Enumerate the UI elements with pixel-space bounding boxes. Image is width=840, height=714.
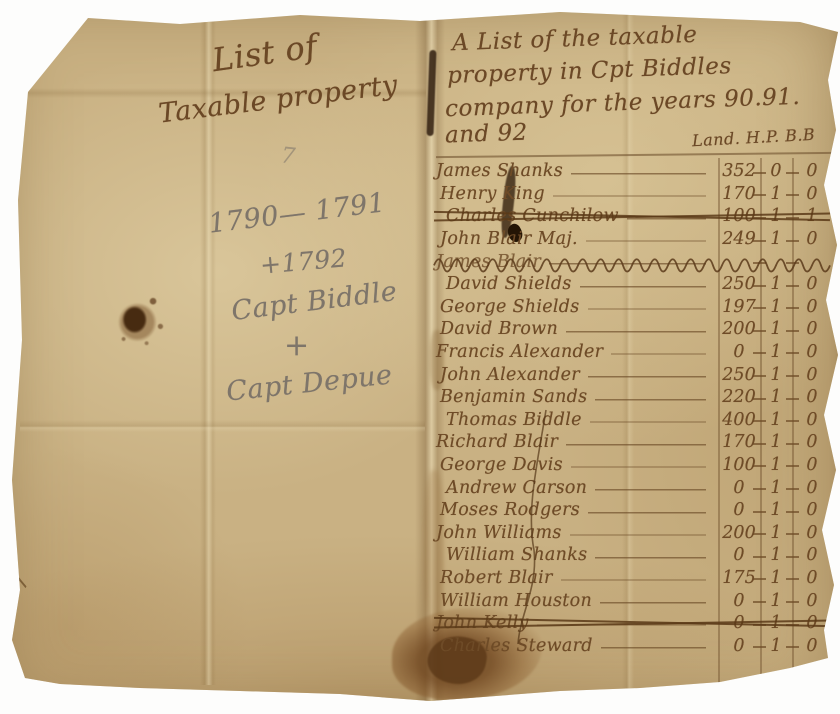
third-value: 0 (796, 363, 828, 386)
taxpayer-name: Moses Rodgers (440, 500, 580, 520)
taxpayer-name: William Houston (440, 591, 592, 611)
third-value: 0 (796, 183, 828, 206)
taxpayer-name: Charles Steward (440, 636, 593, 656)
list-heading-line1: A List of the taxable (452, 22, 698, 57)
third-value: 0 (796, 476, 828, 499)
header-rule-line (436, 152, 834, 158)
pencil-capt-depue: Capt Depue (225, 359, 394, 407)
list-heading-line3: company for the years 90.91. (445, 84, 801, 122)
table-row: John Williams 200 1 0 (430, 522, 836, 545)
taxpayer-name: John Williams (436, 523, 562, 543)
taxpayer-name: David Brown (440, 319, 558, 339)
table-row: William Houston 0 1 0 (430, 589, 836, 612)
tax-rows: James Shanks 352 0 0 Henry King 170 1 0 … (430, 160, 836, 657)
taxpayer-name: George Davis (440, 455, 563, 475)
taxpayer-name: David Shields (446, 274, 572, 294)
table-row: Andrew Carson 0 1 0 (430, 476, 836, 499)
taxpayer-name: John Blair Maj. (440, 229, 578, 249)
taxpayer-name: George Shields (440, 297, 580, 317)
taxpayer-name: William Shanks (446, 545, 587, 565)
third-value: 0 (796, 431, 828, 454)
taxpayer-name: Henry King (440, 184, 545, 204)
taxpayer-name: Francis Alexander (436, 342, 603, 362)
dash-leader (595, 544, 706, 567)
paper-sheet: 2 List of Taxable property 7 1790— 1791 … (0, 0, 840, 714)
dash-leader (601, 634, 706, 657)
table-row: Francis Alexander 0 1 0 (430, 341, 836, 364)
dash-leader (586, 228, 706, 251)
table-row: George Shields 197 1 0 (430, 296, 836, 319)
taxpayer-name: Thomas Biddle (446, 410, 582, 430)
third-value: 0 (796, 318, 828, 341)
horizontal-crease-mid (20, 420, 425, 432)
third-value: 0 (796, 409, 828, 432)
third-value: 0 (796, 341, 828, 364)
third-value: 0 (796, 273, 828, 296)
dash-leader (570, 522, 706, 545)
dash-leader (611, 341, 706, 364)
third-value: 0 (796, 544, 828, 567)
table-row: John Kelly 0 1 0 (430, 612, 836, 635)
dash-leader (566, 318, 706, 341)
third-value: 1 (796, 205, 828, 228)
table-row: John Blair Maj. 249 1 0 (430, 228, 836, 251)
back-title-line1: List of (210, 27, 320, 79)
dash-leader (561, 567, 706, 590)
taxpayer-name: Benjamin Sands (440, 387, 587, 407)
pencil-capt-biddle: Capt Biddle (230, 276, 399, 327)
table-row: James Shanks 352 0 0 (430, 160, 836, 183)
dash-leader (566, 431, 706, 454)
table-row: Benjamin Sands 220 1 0 (430, 386, 836, 409)
dash-leader (600, 589, 706, 612)
third-value: 0 (796, 386, 828, 409)
edge-ink-mark (12, 577, 26, 597)
table-row: George Davis 100 1 0 (430, 454, 836, 477)
third-value: 0 (796, 499, 828, 522)
column-header-land-hp-bb: Land. H.P. B.B (692, 125, 816, 150)
pencil-years-1792: +1792 (259, 243, 348, 279)
third-value: 0 (796, 296, 828, 319)
pencil-years-1790-1791: 1790— 1791 (207, 187, 387, 239)
dash-leader (571, 454, 706, 477)
ink-blot-stain (96, 276, 188, 360)
third-value: 0 (796, 612, 828, 635)
table-row: David Brown 200 1 0 (430, 318, 836, 341)
table-row: Charles Cunchilow 100 1 1 (430, 205, 836, 228)
third-value: 0 (796, 634, 828, 657)
taxpayer-name: Andrew Carson (446, 478, 587, 498)
table-row: John Alexander 250 1 0 (430, 363, 836, 386)
table-row: Richard Blair 170 1 0 (430, 431, 836, 454)
dash-leader (588, 363, 706, 386)
dash-leader (553, 183, 706, 206)
taxpayer-name: Robert Blair (440, 568, 553, 588)
taxpayer-name: Richard Blair (436, 432, 558, 452)
dash-leader (590, 409, 706, 432)
dash-leader (595, 386, 706, 409)
dash-leader (588, 499, 706, 522)
corner-mark: 2 (29, 23, 46, 44)
scanned-document: 2 List of Taxable property 7 1790— 1791 … (0, 0, 840, 714)
taxpayer-name: John Alexander (440, 365, 580, 385)
back-title-line2: Taxable property (157, 69, 400, 129)
third-value: 0 (796, 160, 828, 183)
pencil-faint-mark: 7 (280, 143, 297, 169)
list-heading-line2: property in Cpt Biddles (447, 53, 733, 89)
third-value: 0 (796, 567, 828, 590)
taxpayer-name: John Kelly (436, 613, 529, 633)
table-row: David Shields 250 1 0 (430, 273, 836, 296)
third-value: 0 (796, 454, 828, 477)
third-value: 0 (796, 228, 828, 251)
list-heading-line4: and 92 (445, 120, 529, 149)
pencil-plus-sign: + (284, 328, 310, 363)
dash-leader (580, 273, 706, 296)
third-value: 0 (796, 522, 828, 545)
third-value: 0 (796, 589, 828, 612)
fold-tear-mark (427, 50, 437, 136)
dash-leader (588, 296, 706, 319)
taxpayer-name: James Shanks (436, 161, 563, 181)
table-row: Robert Blair 175 1 0 (430, 567, 836, 590)
table-row: James Blair (430, 250, 836, 273)
dash-leader (571, 160, 706, 183)
scribble-overlay (430, 250, 836, 273)
table-row: Thomas Biddle 400 1 0 (430, 409, 836, 432)
dash-leader (595, 476, 706, 499)
table-row: Moses Rodgers 0 1 0 (430, 499, 836, 522)
table-row: William Shanks 0 1 0 (430, 544, 836, 567)
table-row: Henry King 170 1 0 (430, 183, 836, 206)
table-row: Charles Steward 0 1 0 (430, 634, 836, 657)
